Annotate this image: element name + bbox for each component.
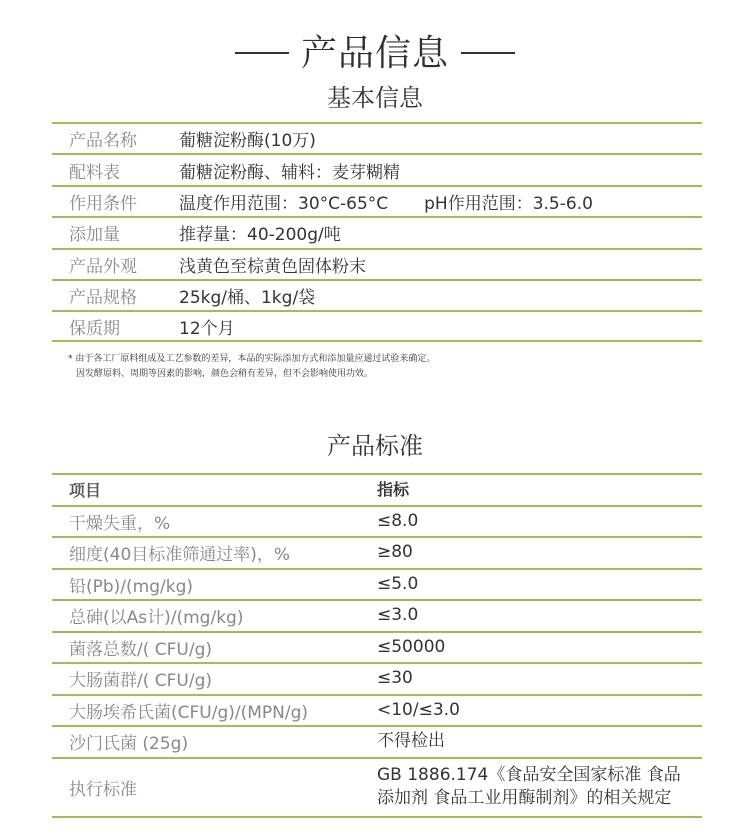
- page-title-text: 产品信息: [301, 33, 449, 74]
- table-row: 细度(40目标准筛通过率)，% ≥80: [52, 536, 702, 568]
- info-value: 25kg/桶、1kg/袋: [179, 283, 315, 308]
- info-label: 添加量: [52, 220, 179, 245]
- item-cell: 执行标准: [52, 775, 377, 800]
- item-cell: 菌落总数/( CFU/g): [52, 635, 377, 660]
- value-cell: <10/≤3.0: [377, 699, 460, 722]
- info-row-name: 产品名称 葡糖淀粉酶(10万): [52, 122, 702, 153]
- info-value: 推荐量：40-200g/吨: [179, 220, 341, 245]
- table-row: 大肠埃希氏菌(CFU/g)/(MPN/g) <10/≤3.0: [52, 694, 702, 726]
- basic-info-heading: 基本信息: [0, 82, 750, 114]
- value-cell: ≤50000: [377, 636, 445, 659]
- info-row-shelf-life: 保质期 12个月: [52, 310, 702, 341]
- table-header: 项目 指标: [52, 473, 702, 505]
- info-value: 温度作用范围：30°C-65°CpH作用范围：3.5-6.0: [179, 189, 593, 214]
- info-value: 葡糖淀粉酶、辅料：麦芽糊精: [179, 158, 400, 183]
- value-cell: ≤8.0: [377, 510, 418, 533]
- item-cell: 总砷(以As计)/(mg/kg): [52, 603, 377, 628]
- info-row-ingredients: 配料表 葡糖淀粉酶、辅料：麦芽糊精: [52, 153, 702, 184]
- info-value-text: 25kg/桶、1kg/袋: [179, 283, 315, 308]
- item-cell: 干燥失重，%: [52, 509, 377, 534]
- info-value-text: 葡糖淀粉酶(10万): [179, 126, 316, 151]
- table-row: 总砷(以As计)/(mg/kg) ≤3.0: [52, 599, 702, 631]
- page-title: 产品信息: [0, 30, 750, 78]
- info-label: 产品规格: [52, 283, 179, 308]
- info-row-packaging: 产品规格 25kg/桶、1kg/袋: [52, 279, 702, 310]
- standard-line-1: GB 1886.174《食品安全国家标准 食品: [377, 764, 681, 787]
- basic-info-table: 产品名称 葡糖淀粉酶(10万) 配料表 葡糖淀粉酶、辅料：麦芽糊精 作用条件 温…: [52, 122, 702, 342]
- table-row: 沙门氏菌 (25g) 不得检出: [52, 725, 702, 757]
- item-cell: 沙门氏菌 (25g): [52, 729, 377, 754]
- info-label: 产品名称: [52, 126, 179, 151]
- table-row: 干燥失重，% ≤8.0: [52, 505, 702, 537]
- standards-heading: 产品标准: [0, 430, 750, 462]
- item-cell: 大肠埃希氏菌(CFU/g)/(MPN/g): [52, 698, 377, 723]
- ph-range: pH作用范围：3.5-6.0: [424, 189, 593, 214]
- info-label: 配料表: [52, 158, 179, 183]
- footnote-line-2: 因发酵原料、周期等因素的影响，颜色会稍有差异，但不会影响使用功效。: [68, 367, 435, 382]
- value-cell: GB 1886.174《食品安全国家标准 食品 添加剂 食品工业用酶制剂》的相关…: [377, 764, 681, 810]
- info-value: 浅黄色至棕黄色固体粉末: [179, 252, 366, 277]
- info-label: 作用条件: [52, 189, 179, 214]
- info-label: 保质期: [52, 314, 179, 339]
- title-dash-right: [461, 52, 515, 54]
- value-cell: ≤30: [377, 667, 413, 690]
- column-header-spec: 指标: [377, 478, 409, 501]
- footnote: * 由于各工厂原料组成及工艺参数的差异，本品的实际添加方式和添加量应通过试验来确…: [68, 352, 435, 382]
- item-cell: 大肠菌群/( CFU/g): [52, 666, 377, 691]
- standards-table: 项目 指标 干燥失重，% ≤8.0 细度(40目标准筛通过率)，% ≥80 铅(…: [52, 473, 702, 818]
- item-cell: 细度(40目标准筛通过率)，%: [52, 540, 377, 565]
- temperature-range: 温度作用范围：30°C-65°C: [179, 189, 388, 214]
- title-dash-left: [235, 52, 289, 54]
- column-header-item: 项目: [52, 478, 377, 501]
- value-cell: ≥80: [377, 541, 413, 564]
- info-value: 12个月: [179, 314, 235, 339]
- value-cell: ≤3.0: [377, 604, 418, 627]
- info-value-text: 葡糖淀粉酶、辅料：麦芽糊精: [179, 158, 400, 183]
- info-label: 产品外观: [52, 252, 179, 277]
- info-value-text: 浅黄色至棕黄色固体粉末: [179, 252, 366, 277]
- value-cell: 不得检出: [377, 730, 445, 753]
- info-row-conditions: 作用条件 温度作用范围：30°C-65°CpH作用范围：3.5-6.0: [52, 185, 702, 216]
- info-value-text: 12个月: [179, 314, 235, 339]
- table-row: 菌落总数/( CFU/g) ≤50000: [52, 631, 702, 663]
- item-cell: 铅(Pb)/(mg/kg): [52, 572, 377, 597]
- info-value: 葡糖淀粉酶(10万): [179, 126, 316, 151]
- info-row-dosage: 添加量 推荐量：40-200g/吨: [52, 216, 702, 247]
- value-cell: ≤5.0: [377, 573, 418, 596]
- table-row: 铅(Pb)/(mg/kg) ≤5.0: [52, 568, 702, 600]
- footnote-line-1: * 由于各工厂原料组成及工艺参数的差异，本品的实际添加方式和添加量应通过试验来确…: [68, 352, 435, 367]
- table-row: 大肠菌群/( CFU/g) ≤30: [52, 662, 702, 694]
- standard-line-2: 添加剂 食品工业用酶制剂》的相关规定: [377, 787, 681, 810]
- info-row-appearance: 产品外观 浅黄色至棕黄色固体粉末: [52, 248, 702, 279]
- table-row-standard: 执行标准 GB 1886.174《食品安全国家标准 食品 添加剂 食品工业用酶制…: [52, 757, 702, 818]
- info-value-text: 推荐量：40-200g/吨: [179, 220, 341, 245]
